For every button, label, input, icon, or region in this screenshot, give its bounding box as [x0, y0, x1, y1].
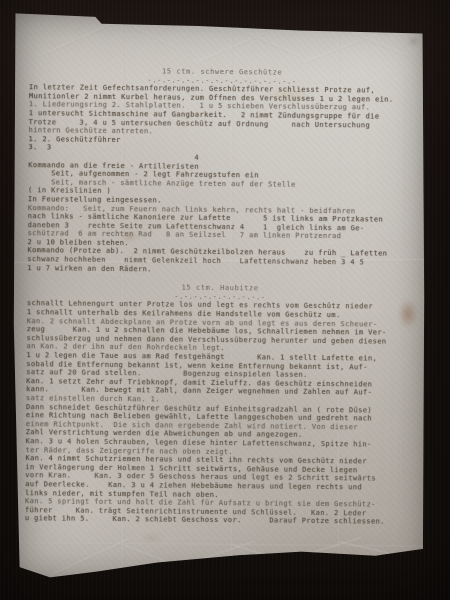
crease-line	[340, 27, 407, 57]
section1-body: In letzter Zeit Gefechtsanforderungen. G…	[27, 83, 415, 276]
paper-sheet: 15 ctm. schwere Geschütze -.-.-.-.-.-.-.…	[13, 10, 425, 582]
crease-line	[122, 544, 194, 573]
crease-line	[305, 38, 367, 64]
crease-line	[122, 20, 178, 50]
stain-mark	[406, 36, 421, 47]
stain-mark	[137, 533, 167, 543]
typewritten-text: 15 ctm. schwere Geschütze -.-.-.-.-.-.-.…	[25, 66, 415, 527]
section2-body: schnallt Lehnengurt unter Protze los und…	[25, 300, 413, 527]
crease-line	[231, 544, 299, 566]
photo-scene: 15 ctm. schwere Geschütze -.-.-.-.-.-.-.…	[0, 0, 450, 600]
document-section-1: 15 ctm. schwere Geschütze -.-.-.-.-.-.-.…	[27, 66, 415, 276]
crease-line	[37, 18, 122, 57]
crease-line	[338, 541, 413, 560]
crease-line	[283, 537, 362, 563]
document-section-2: 15 ctm. Haubitze -.-.-.-.-.-.-.-.-.- sch…	[25, 282, 413, 526]
